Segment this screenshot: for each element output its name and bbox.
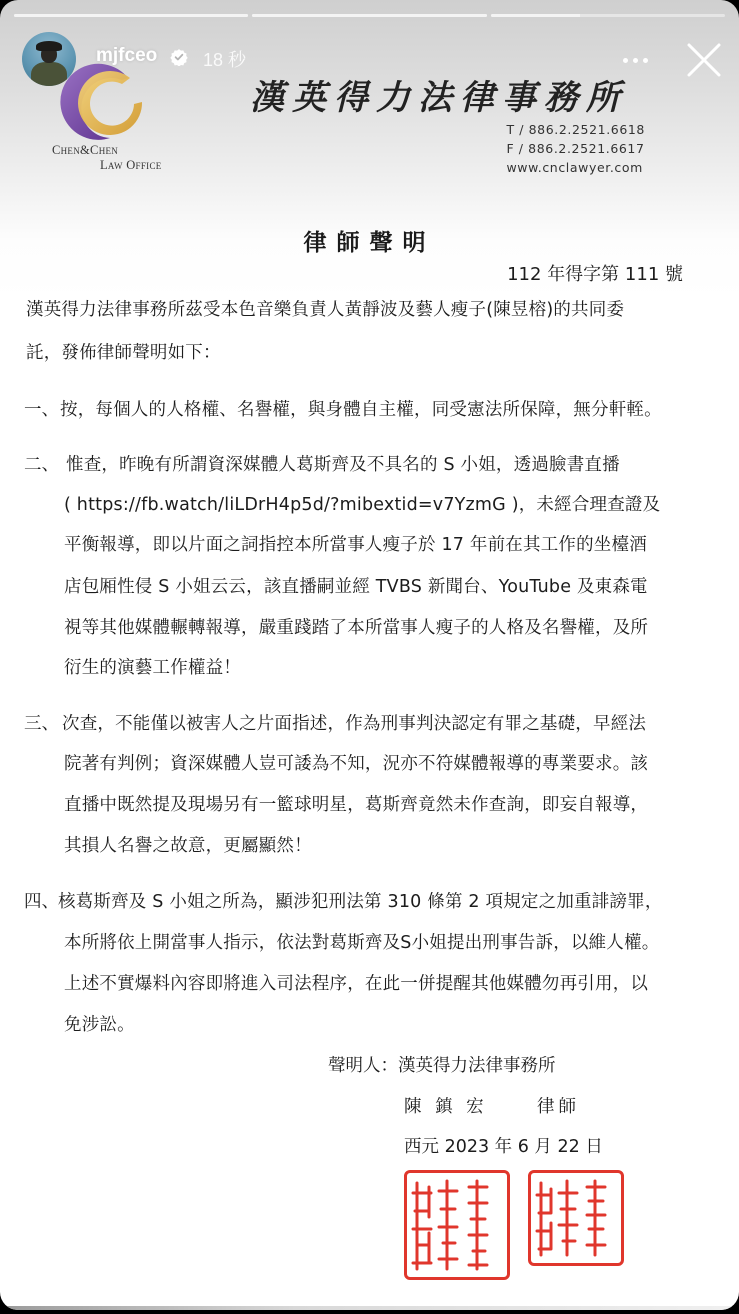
section-line: 次查，不能僅以被害人之片面指述，作為刑事判決認定有罪之基礎，早經法 xyxy=(62,710,646,735)
progress-segment-2 xyxy=(252,14,486,17)
section-line: 視等其他媒體輾轉報導，嚴重踐踏了本所當事人瘦子的人格及名譽權，及所 xyxy=(64,614,648,639)
section-line: 院著有判例；資深媒體人豈可諉為不知，況亦不符媒體報導的專業要求。該 xyxy=(64,750,648,775)
lawyer-seal-icon xyxy=(528,1170,624,1266)
more-horizontal-icon xyxy=(623,58,628,63)
phone-number: T / 886.2.2521.6618 xyxy=(506,120,645,139)
contact-info: T / 886.2.2521.6618 F / 886.2.2521.6617 … xyxy=(506,120,645,177)
username[interactable]: mjfceo xyxy=(96,45,157,67)
document-title: 律師聲明 xyxy=(0,224,739,257)
avatar[interactable] xyxy=(22,32,76,86)
firm-seal-icon xyxy=(404,1170,510,1280)
section-line: 衍生的演藝工作權益！ xyxy=(64,654,241,679)
statement-date: 西元 2023 年 6 月 22 日 xyxy=(404,1133,603,1158)
verified-badge-icon xyxy=(170,48,188,66)
lawyer-name: 陳 鎮 宏 xyxy=(404,1093,488,1118)
section-line: 店包厢性侵 S 小姐云云，該直播嗣並經 TVBS 新聞台、YouTube 及東森… xyxy=(64,573,648,598)
section-line: ( https://fb.watch/liLDrH4p5d/?mibextid=… xyxy=(64,491,660,516)
close-icon[interactable] xyxy=(684,40,724,80)
progress-segment-1 xyxy=(14,14,248,17)
section-number: 一、 xyxy=(24,396,59,421)
section-line: 其損人名譽之故意，更屬顯然！ xyxy=(64,832,312,857)
lawyer-title: 律師 xyxy=(537,1093,580,1118)
section-number: 四、 xyxy=(24,888,59,913)
section-line: 核葛斯齊及 S 小姐之所為，顯涉犯刑法第 310 條第 2 項規定之加重誹謗罪， xyxy=(58,888,663,913)
section-number: 二、 xyxy=(24,451,59,476)
story-viewer[interactable]: Chen&Chen Law Office 漢英得力法律事務所 T / 886.2… xyxy=(0,0,739,1310)
more-options-button[interactable] xyxy=(620,50,650,70)
section-line: 本所將依上開當事人指示，依法對葛斯齊及S小姐提出刑事告訴，以維人權。 xyxy=(64,929,659,954)
section-line: 惟查，昨晚有所謂資深媒體人葛斯齊及不具名的 S 小姐，透過臉書直播 xyxy=(66,451,620,476)
section-line: 平衡報導，即以片面之詞指控本所當事人瘦子於 17 年前在其工作的坐檯酒 xyxy=(64,531,647,556)
section-line: 直播中既然提及現場另有一籃球明星，葛斯齊竟然未作查詢，即妄自報導， xyxy=(64,791,648,816)
fax-number: F / 886.2.2521.6617 xyxy=(506,139,645,158)
progress-segment-3 xyxy=(491,14,725,17)
section-number: 三、 xyxy=(24,710,59,735)
firm-name: 漢英得力法律事務所 xyxy=(250,70,628,119)
section-line: 免涉訟。 xyxy=(64,1011,135,1036)
declarant: 聲明人：漢英得力法律事務所 xyxy=(328,1052,556,1077)
logo-text: Chen&Chen Law Office xyxy=(52,143,162,173)
section-line: 按，每個人的人格權、名譽權，與身體自主權，同受憲法所保障，無分軒輊。 xyxy=(60,396,662,421)
intro-line: 託，發佈律師聲明如下： xyxy=(26,339,221,364)
website: www.cnclawyer.com xyxy=(506,158,645,177)
story-progress-bar xyxy=(14,14,725,17)
document-reference: 112 年得字第 111 號 xyxy=(507,260,683,286)
section-line: 上述不實爆料內容即將進入司法程序，在此一併提醒其他媒體勿再引用，以 xyxy=(64,970,648,995)
logo-line-1: Chen&Chen xyxy=(52,143,162,158)
intro-line: 漢英得力法律事務所茲受本色音樂負責人黃靜波及藝人瘦子(陳昱榕)的共同委 xyxy=(26,296,624,321)
post-time: 18 秒 xyxy=(203,46,246,72)
story-bottom-edge xyxy=(0,1306,739,1310)
logo-line-2: Law Office xyxy=(52,158,162,173)
